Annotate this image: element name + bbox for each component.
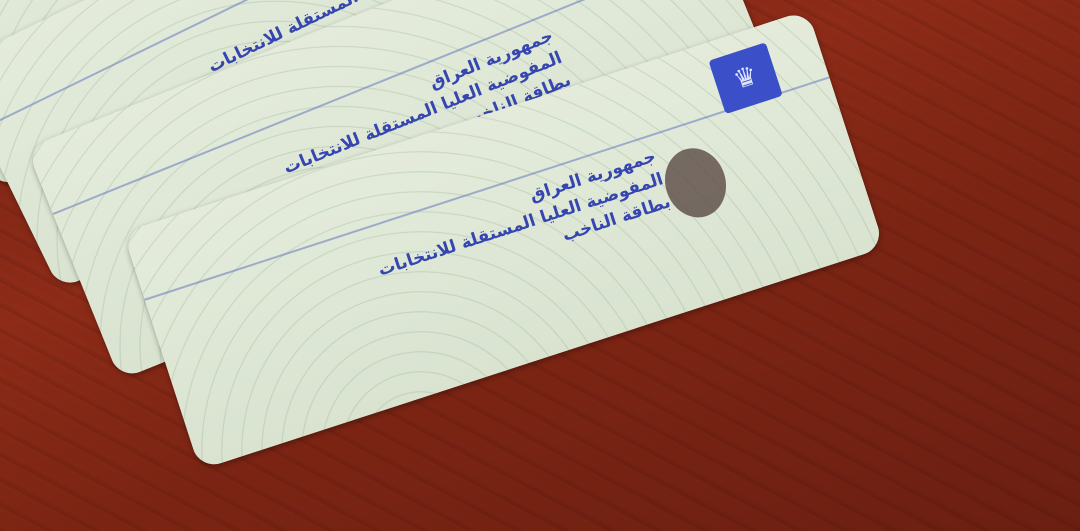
iraq-emblem-icon: ♛ xyxy=(708,42,782,114)
card-text: جمهورية العراق المفوضية العليا المستقلة … xyxy=(404,145,674,294)
photo-scene: ♛ جمهورية العراق المفوضية العليا المستقل… xyxy=(0,0,1080,531)
